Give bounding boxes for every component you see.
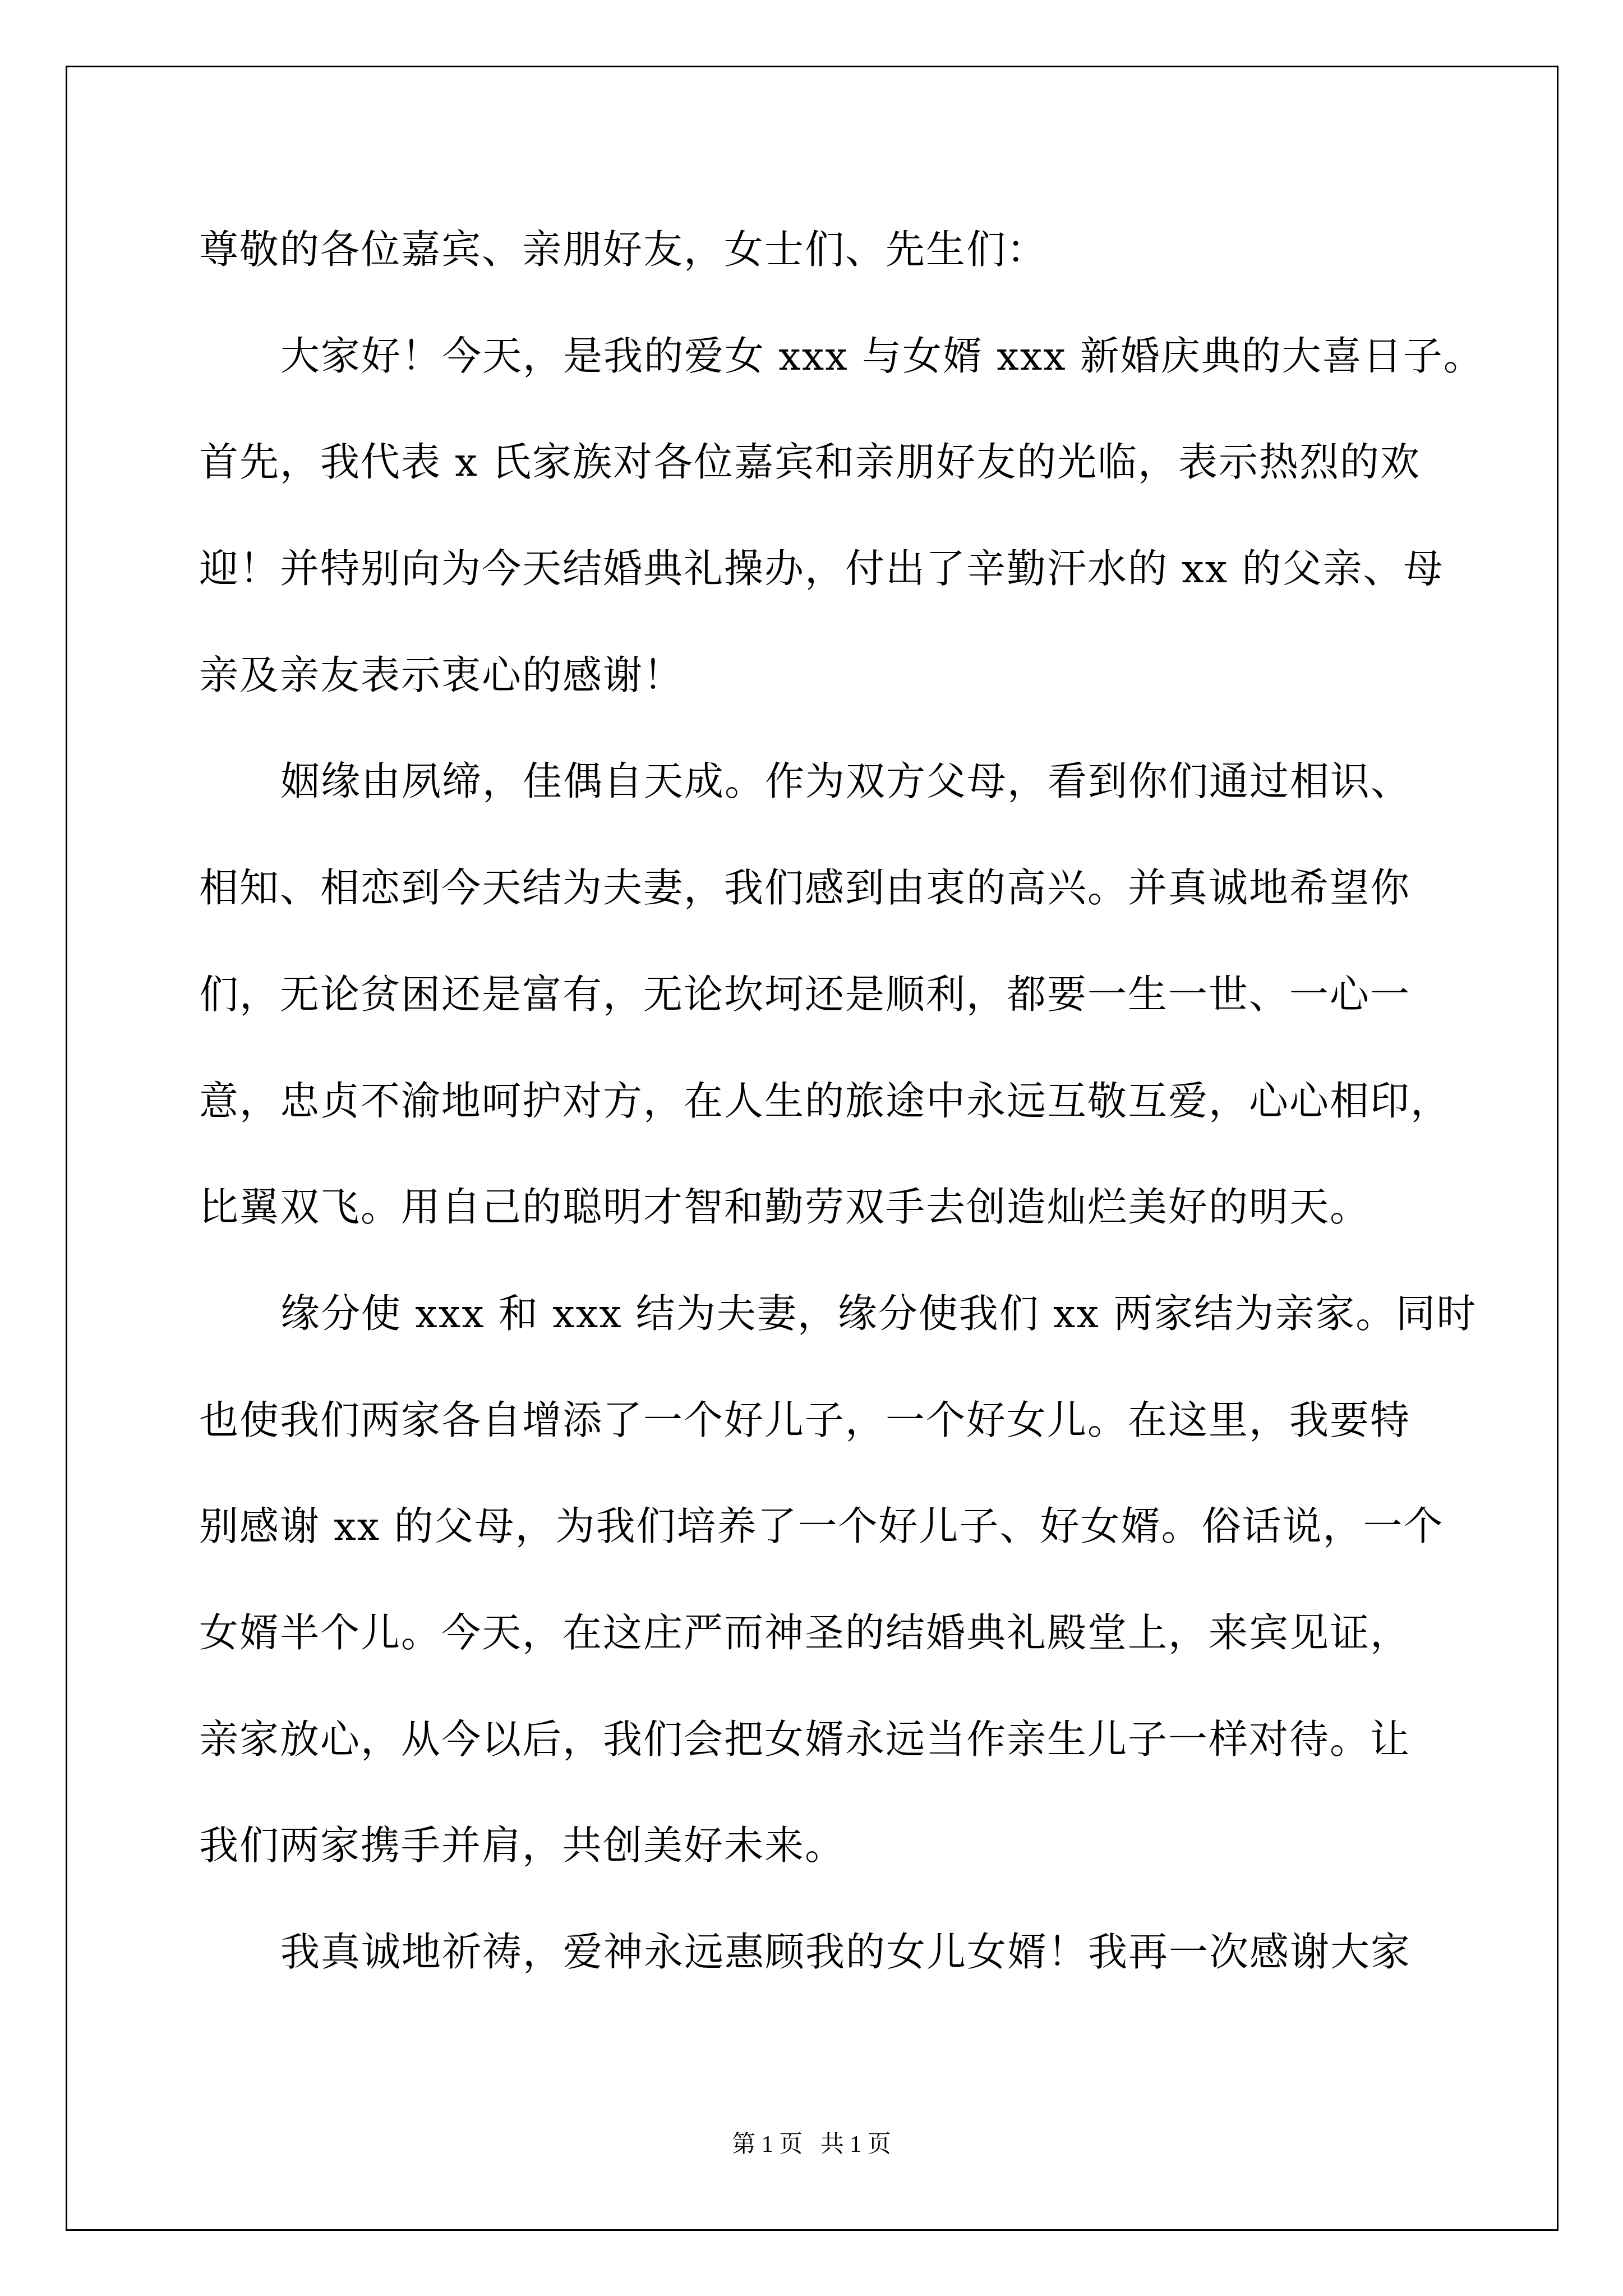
- paragraph-3-line-1: 缘分使 xxx 和 xxx 结为夫妻，缘分使我们 xx 两家结为亲家。同时: [199, 1261, 1433, 1368]
- document-body: 尊敬的各位嘉宾、亲朋好友，女士们、先生们： 大家好！今天，是我的爱女 xxx 与…: [199, 197, 1433, 2006]
- paragraph-2-line-2: 相知、相恋到今天结为夫妻，我们感到由衷的高兴。并真诚地希望你: [199, 835, 1433, 942]
- paragraph-1-line-3: 迎！并特别向为今天结婚典礼操办，付出了辛勤汗水的 xx 的父亲、母: [199, 516, 1433, 623]
- paragraph-1-line-2: 首先，我代表 x 氏家族对各位嘉宾和亲朋好友的光临，表示热烈的欢: [199, 409, 1433, 516]
- paragraph-1-line-1: 大家好！今天，是我的爱女 xxx 与女婿 xxx 新婚庆典的大喜日子。: [199, 303, 1433, 410]
- paragraph-3-line-6: 我们两家携手并肩，共创美好未来。: [199, 1793, 1433, 1899]
- paragraph-3-line-2: 也使我们两家各自增添了一个好儿子，一个好女儿。在这里，我要特: [199, 1368, 1433, 1474]
- paragraph-1-line-4: 亲及亲友表示衷心的感谢！: [199, 623, 1433, 729]
- paragraph-2-line-4: 意，忠贞不渝地呵护对方，在人生的旅途中永远互敬互爱，心心相印，: [199, 1048, 1433, 1155]
- paragraph-2-line-3: 们，无论贫困还是富有，无论坎坷还是顺利，都要一生一世、一心一: [199, 942, 1433, 1048]
- paragraph-3-line-3: 别感谢 xx 的父母，为我们培养了一个好儿子、好女婿。俗话说，一个: [199, 1474, 1433, 1580]
- paragraph-3-line-4: 女婿半个儿。今天，在这庄严而神圣的结婚典礼殿堂上，来宾见证，: [199, 1580, 1433, 1687]
- paragraph-2-line-5: 比翼双飞。用自己的聪明才智和勤劳双手去创造灿烂美好的明天。: [199, 1154, 1433, 1261]
- paragraph-2-line-1: 姻缘由夙缔，佳偶自天成。作为双方父母，看到你们通过相识、: [199, 729, 1433, 835]
- paragraph-3-line-5: 亲家放心，从今以后，我们会把女婿永远当作亲生儿子一样对待。让: [199, 1687, 1433, 1793]
- page-number-footer: 第 1 页 共 1 页: [0, 2128, 1623, 2161]
- paragraph-4-line-1: 我真诚地祈祷，爱神永远惠顾我的女儿女婿！我再一次感谢大家: [199, 1899, 1433, 2006]
- salutation-line: 尊敬的各位嘉宾、亲朋好友，女士们、先生们：: [199, 197, 1433, 303]
